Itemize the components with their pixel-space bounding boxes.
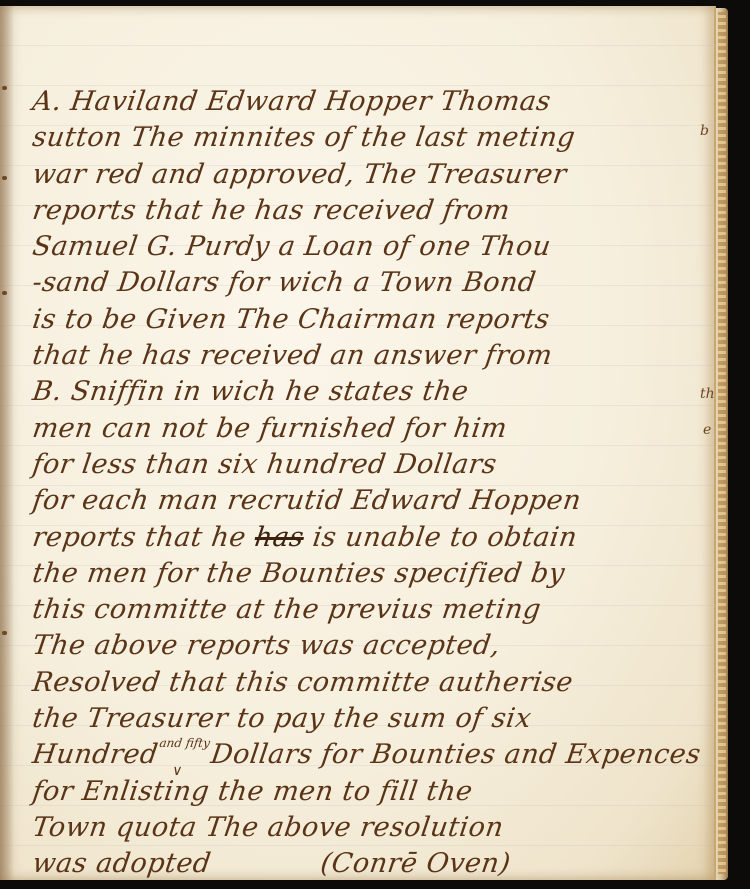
text-line: Samuel G. Purdy a Loan of one Thou <box>30 229 725 265</box>
text-segment: Dollars for Bounties and Expences <box>209 739 703 770</box>
text-segment: is unable to obtain <box>311 522 579 553</box>
manuscript-page: A. Haviland Edward Hopper Thomas sutton … <box>0 6 716 880</box>
binding-mark <box>2 291 7 295</box>
struck-word: has <box>253 522 306 553</box>
handwritten-text: A. Haviland Edward Hopper Thomas sutton … <box>30 84 720 883</box>
text-line: reports that he has received from <box>30 193 725 229</box>
text-line: sutton The minnites of the last meting <box>30 120 725 156</box>
text-line-last: was adopted(Conrē Oven) <box>30 846 725 882</box>
text-line: the Treasurer to pay the sum of six <box>30 701 725 737</box>
binding-mark <box>2 176 7 180</box>
interlinear-insertion: and fifty <box>159 736 211 750</box>
text-line: men can not be furnished for him <box>30 411 725 447</box>
text-line-with-strike: reports that he has is unable to obtain <box>30 520 725 556</box>
text-line: The above reports was accepted, <box>30 628 725 664</box>
text-line-with-insertion: Hundredand fifty∨Dollars for Bounties an… <box>30 737 725 773</box>
text-line: this committe at the previus meting <box>30 592 725 628</box>
margin-note: e <box>703 422 711 438</box>
text-line: for less than six hundred Dollars <box>30 447 725 483</box>
binding-mark <box>2 86 7 90</box>
margin-note: th <box>700 386 715 402</box>
binding-stain <box>0 6 14 880</box>
binding-mark <box>2 631 7 635</box>
text-line: the men for the Bounties specified by <box>30 556 725 592</box>
text-line: A. Haviland Edward Hopper Thomas <box>30 84 725 120</box>
margin-note: b <box>700 123 709 139</box>
text-segment: was adopted <box>30 848 213 879</box>
text-line: is to be Given The Chairman reports <box>30 302 725 338</box>
text-segment: Hundred <box>30 739 160 770</box>
text-line: Resolved that this committe autherise <box>30 665 725 701</box>
text-segment: reports that he <box>30 522 248 553</box>
text-line: B. Sniffin in wich he states the <box>30 374 725 410</box>
text-line: for Enlisting the men to fill the <box>30 774 725 810</box>
signature: (Conrē Oven) <box>319 848 513 879</box>
text-line: war red and approved, The Treasurer <box>30 157 725 193</box>
text-line: that he has received an answer from <box>30 338 725 374</box>
text-line: Town quota The above resolution <box>30 810 725 846</box>
text-line: for each man recrutid Edward Hoppen <box>30 483 725 519</box>
text-line: -sand Dollars for wich a Town Bond <box>30 265 725 301</box>
